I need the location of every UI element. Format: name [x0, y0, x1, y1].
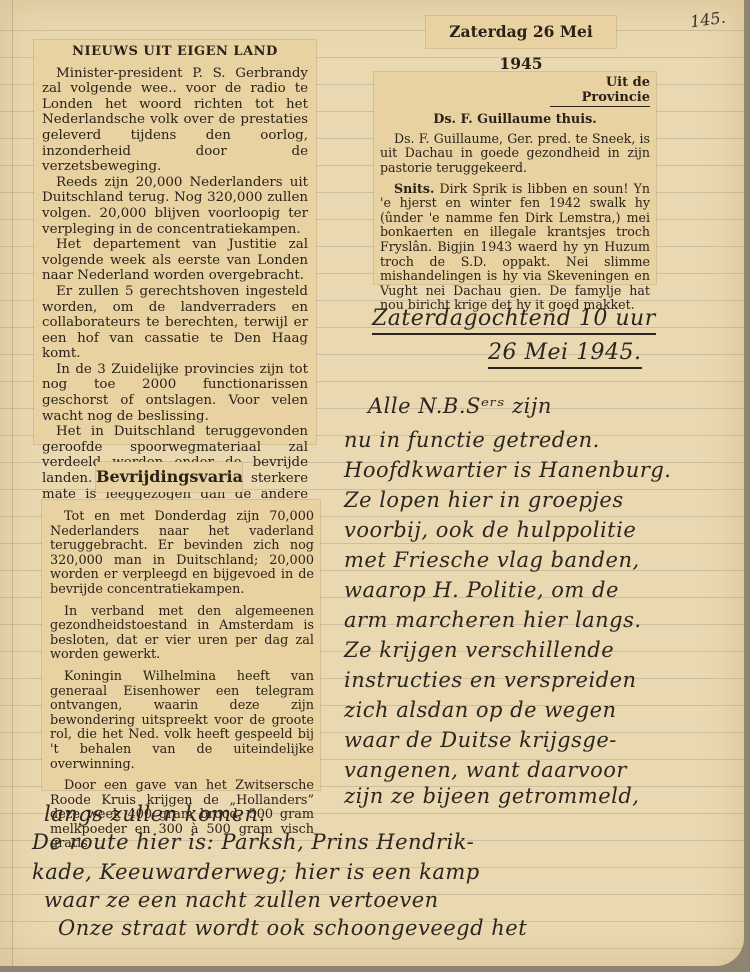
handwritten-line: waar ze een nacht zullen vertoeven [44, 888, 439, 912]
handwritten-line: Alle N.B.Sᵉʳˢ zijn [368, 394, 552, 418]
clipping-paragraph: Koningin Wilhelmina heeft van generaal E… [50, 670, 314, 772]
snits-text: Dirk Sprik is libben en soun! Yn 'e hjer… [380, 181, 650, 313]
clipping-section-label: Uit de Provincie [550, 76, 650, 107]
handwritten-line: zijn ze bijeen getrommeld, [344, 784, 639, 808]
handwritten-line: Onze straat wordt ook schoongeveegd het [58, 916, 527, 940]
handwritten-line: waar de Duitse krijgsge- [344, 728, 617, 752]
clipping-paragraph: Er zullen 5 gerechtshoven ingesteld word… [42, 284, 308, 362]
clipping-bevrijdingsvaria: Tot en met Donderdag zijn 70,000 Nederla… [42, 500, 320, 790]
date-header-clipping: Zaterdag 26 Mei 1945 [426, 16, 616, 48]
handwritten-line: Ze lopen hier in groepjes [344, 488, 624, 512]
page-number: 145. [689, 8, 727, 32]
handwritten-line: Ze krijgen verschillende [344, 638, 614, 662]
snits-lead: Snits. [394, 181, 434, 196]
scrapbook-page: 145. Zaterdag 26 Mei 1945 NIEUWS UIT EIG… [0, 0, 744, 966]
handwritten-line: kade, Keeuwarderweg; hier is een kamp [32, 860, 480, 884]
handwritten-line: nu in functie getreden. [344, 428, 600, 452]
clipping-paragraph: Tot en met Donderdag zijn 70,000 Nederla… [50, 510, 314, 598]
clipping-uit-de-provincie: Uit de Provincie Ds. F. Guillaume thuis.… [374, 72, 656, 284]
handwritten-line: met Friesche vlag banden, [344, 548, 640, 572]
handwritten-line: waarop H. Politie, om de [344, 578, 619, 602]
margin-line [12, 0, 13, 966]
handwritten-line: instructies en verspreiden [344, 668, 637, 692]
handwritten-line: zich alsdan op de wegen [344, 698, 617, 722]
handwritten-line: vangenen, want daarvoor [344, 758, 627, 782]
handwritten-line: langs zullen komen. [44, 802, 266, 826]
handwritten-line: voorbij, ook de hulppolitie [344, 518, 636, 542]
clipping-paragraph: In verband met den algemeenen gezondheid… [50, 605, 314, 663]
clipping-paragraph: Ds. F. Guillaume, Ger. pred. te Sneek, i… [380, 132, 650, 176]
bevrijdingsvaria-heading: Bevrijdingsvaria [96, 462, 242, 492]
clipping-paragraph-snits: Snits. Dirk Sprik is libben en soun! Yn … [380, 182, 650, 313]
clipping-paragraph: Minister-president P. S. Gerbrandy zal v… [42, 66, 308, 175]
handwritten-line: De route hier is: Parksh, Prins Hendrik- [32, 830, 474, 854]
clipping-paragraph: Reeds zijn 20,000 Nederlanders uit Duits… [42, 175, 308, 237]
clipping-heading: NIEUWS UIT EIGEN LAND [42, 44, 308, 60]
clipping-title: Ds. F. Guillaume thuis. [380, 113, 650, 128]
handwritten-heading-line2: 26 Mei 1945. [488, 340, 642, 369]
clipping-paragraph: In de 3 Zuidelijke provincies zijn tot n… [42, 362, 308, 424]
handwritten-line: arm marcheren hier langs. [344, 608, 642, 632]
clipping-nieuws-uit-eigen-land: NIEUWS UIT EIGEN LAND Minister-president… [34, 40, 316, 444]
handwritten-heading-line1: Zaterdagochtend 10 uur [372, 306, 656, 335]
handwritten-line: Hoofdkwartier is Hanenburg. [344, 458, 671, 482]
clipping-paragraph: Het departement van Justitie zal volgend… [42, 237, 308, 284]
